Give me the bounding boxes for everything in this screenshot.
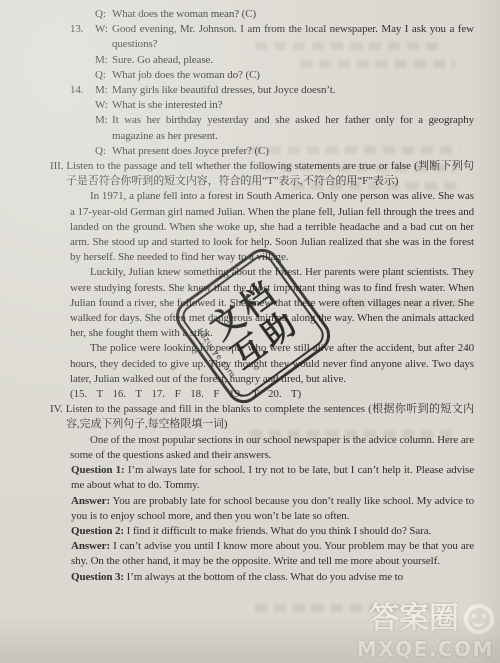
qa-text: I’m always at the bottom of the class. W…: [127, 571, 403, 583]
speaker-label: W:: [95, 98, 108, 113]
dialog-line: Q: What job does the woman do? (C): [50, 68, 474, 83]
speaker-label: W:: [95, 22, 108, 37]
qa-item: Question 3: I’m always at the bottom of …: [50, 570, 474, 585]
section-iii-heading: III. Listen to the passage and tell whet…: [50, 159, 474, 189]
dialog-text: It was her birthday yesterday and she as…: [112, 114, 474, 141]
passage-paragraph: Luckily, Julian knew something about the…: [50, 265, 474, 341]
dialog-text: What job does the woman do? (C): [112, 69, 260, 81]
section-title-en: Listen to the passage and fill in the bl…: [66, 403, 365, 415]
dialog-line: 13. W: Good evening, Mr. Johnson. I am f…: [50, 22, 474, 52]
item-number: 14.: [70, 83, 83, 98]
dialog-line: W: What is she interested in?: [50, 98, 474, 113]
dialog-text: Good evening, Mr. Johnson. I am from the…: [112, 23, 474, 50]
answer-key-line: (15. T 16. T 17. F 18. F 19. T 20. T): [50, 387, 474, 402]
dialog-line: Q: What present does Joyce prefer? (C): [50, 144, 474, 159]
qa-text: I’m always late for school. I try not to…: [71, 464, 474, 491]
qa-text: You are probably late for school because…: [71, 495, 474, 522]
qa-label: Answer:: [71, 495, 110, 507]
dialog-line: M: Sure. Go ahead, please.: [50, 53, 474, 68]
qa-item: Question 2: I find it difficult to make …: [50, 524, 474, 539]
qa-label: Question 2:: [71, 525, 124, 537]
dialog-line: 14. M: Many girls like beautiful dresses…: [50, 83, 474, 98]
dialog-text: Sure. Go ahead, please.: [112, 54, 213, 66]
qa-text: I find it difficult to make friends. Wha…: [127, 525, 432, 537]
speaker-label: Q:: [95, 68, 106, 83]
brand-name-text: 答案圈: [369, 602, 459, 636]
dialog-line: Q: What does the woman mean? (C): [50, 7, 474, 22]
passage-paragraph: In 1971, a plane fell into a forest in S…: [50, 189, 474, 265]
dialog-text: What present does Joyce prefer? (C): [112, 145, 269, 157]
qa-label: Answer:: [71, 540, 110, 552]
qa-text: I can’t advise you until I know more abo…: [71, 540, 474, 567]
brand-logo-row: 答案圈: [357, 602, 494, 636]
qa-item: Answer: I can’t advise you until I know …: [50, 539, 474, 569]
speaker-label: M:: [95, 113, 108, 128]
speaker-label: M:: [95, 53, 108, 68]
speaker-label: Q:: [95, 7, 106, 22]
section-iv-heading: IV. Listen to the passage and fill in th…: [50, 402, 474, 432]
section-number: IV.: [50, 403, 63, 415]
qa-label: Question 1:: [71, 464, 125, 476]
dialog-text: Many girls like beautiful dresses, but J…: [112, 84, 335, 96]
brand-site-text: MXQE.COM: [357, 637, 494, 661]
speaker-label: Q:: [95, 144, 106, 159]
smiley-circle-icon: [464, 604, 494, 634]
brand-watermark: 答案圈 MXQE.COM: [357, 602, 494, 661]
ghost-text-smudge: [255, 604, 430, 612]
dialog-text: What does the woman mean? (C): [112, 8, 256, 20]
passage-intro-paragraph: One of the most popular sections in our …: [50, 433, 474, 463]
item-number: 13.: [70, 22, 83, 37]
dialog-line: M: It was her birthday yesterday and she…: [50, 113, 474, 143]
section-number: III.: [50, 160, 63, 172]
speaker-label: M:: [95, 83, 108, 98]
scanned-workbook-page: Q: What does the woman mean? (C) 13. W: …: [0, 0, 500, 663]
qa-item: Question 1: I’m always late for school. …: [50, 463, 474, 493]
qa-label: Question 3:: [71, 571, 124, 583]
page-text-block: Q: What does the woman mean? (C) 13. W: …: [0, 0, 500, 585]
passage-paragraph: The police were looking for people who w…: [50, 341, 474, 387]
qa-item: Answer: You are probably late for school…: [50, 494, 474, 524]
section-title-en: Listen to the passage and tell whether t…: [66, 160, 411, 172]
dialog-text: What is she interested in?: [112, 99, 222, 111]
